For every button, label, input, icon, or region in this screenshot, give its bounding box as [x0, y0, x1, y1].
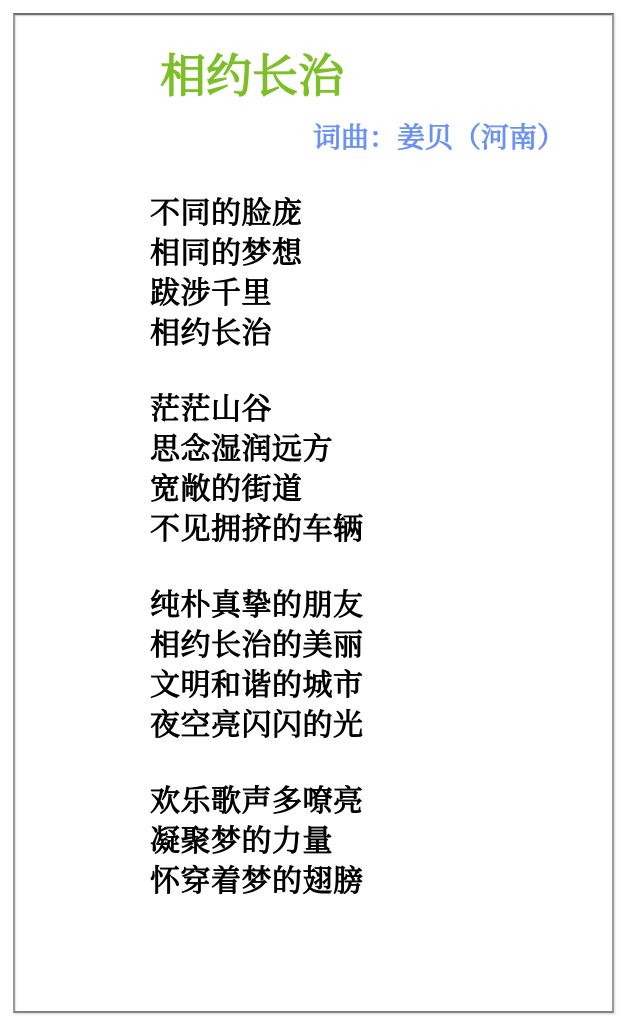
lyric-line: 相约长治的美丽 [150, 626, 364, 666]
lyric-line: 不见拥挤的车辆 [150, 510, 364, 550]
lyric-line: 相约长治 [150, 314, 364, 354]
stanza: 欢乐歌声多嘹亮凝聚梦的力量怀穿着梦的翅膀 [150, 782, 364, 902]
credit-line: 词曲：姜贝（河南） [313, 122, 565, 154]
lyric-line: 茫茫山谷 [150, 390, 364, 430]
lyrics-body: 不同的脸庞相同的梦想跋涉千里相约长治茫茫山谷思念湿润远方宽敞的街道不见拥挤的车辆… [150, 194, 364, 938]
lyric-line: 凝聚梦的力量 [150, 822, 364, 862]
lyric-line: 相同的梦想 [150, 234, 364, 274]
lyric-line: 文明和谐的城市 [150, 666, 364, 706]
lyric-line: 纯朴真挚的朋友 [150, 586, 364, 626]
song-title: 相约长治 [160, 52, 344, 100]
lyric-line: 夜空亮闪闪的光 [150, 706, 364, 746]
lyric-line: 欢乐歌声多嘹亮 [150, 782, 364, 822]
stanza: 不同的脸庞相同的梦想跋涉千里相约长治 [150, 194, 364, 354]
lyric-sheet-page: 相约长治 词曲：姜贝（河南） 不同的脸庞相同的梦想跋涉千里相约长治茫茫山谷思念湿… [0, 0, 627, 1026]
stanza: 纯朴真挚的朋友相约长治的美丽文明和谐的城市夜空亮闪闪的光 [150, 586, 364, 746]
lyric-line: 不同的脸庞 [150, 194, 364, 234]
lyric-line: 思念湿润远方 [150, 430, 364, 470]
lyric-line: 跋涉千里 [150, 274, 364, 314]
lyric-line: 宽敞的街道 [150, 470, 364, 510]
stanza: 茫茫山谷思念湿润远方宽敞的街道不见拥挤的车辆 [150, 390, 364, 550]
lyric-line: 怀穿着梦的翅膀 [150, 862, 364, 902]
